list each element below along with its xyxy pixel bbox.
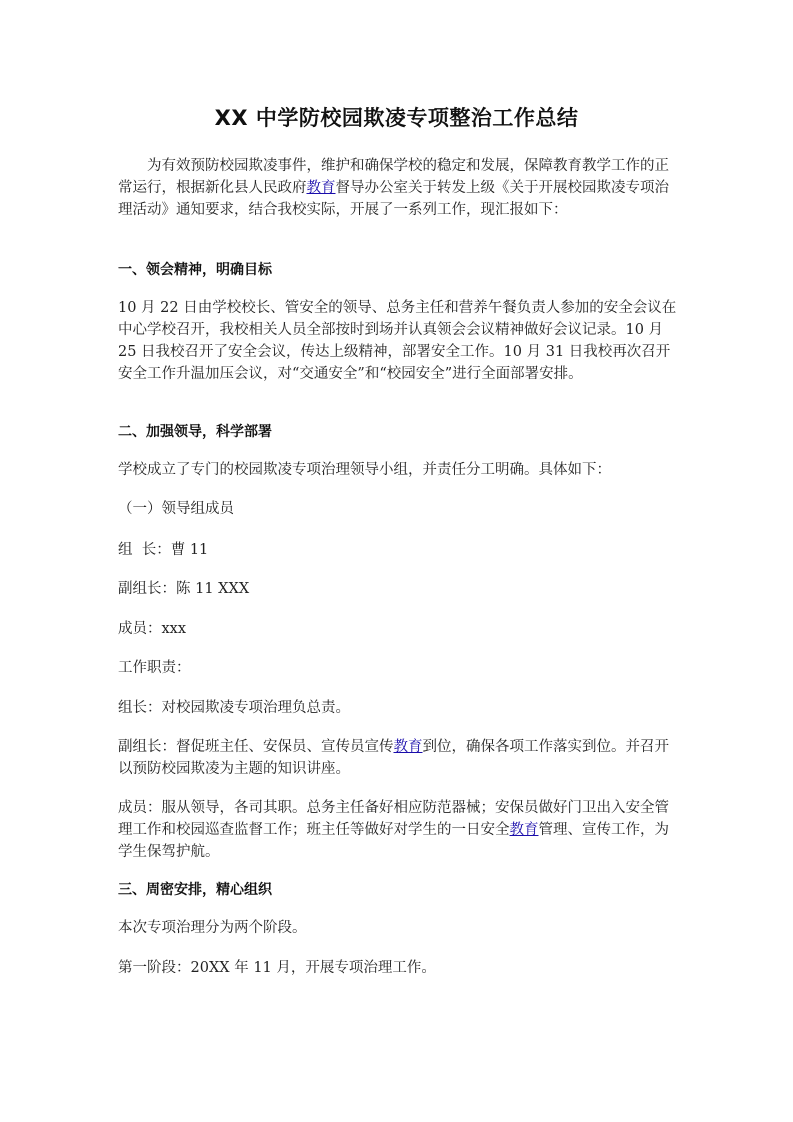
deputy-duty-text-1: 副组长：督促班主任、安保员、宣传员宣传 — [118, 739, 394, 755]
members-duty-paragraph: 成员：服从领导，各司其职。总务主任备好相应防范器械；安保员做好门卫出入安全管理工… — [118, 797, 678, 863]
section-1-heading: 一、领会精神，明确目标 — [118, 259, 678, 281]
members-line: 成员：xxx — [118, 618, 678, 640]
stage-1-line: 第一阶段：20XX 年 11 月，开展专项治理工作。 — [118, 957, 678, 979]
duties-label: 工作职责： — [118, 657, 678, 679]
deputy-line: 副组长：陈 11 XXX — [118, 578, 678, 600]
section-3-intro: 本次专项治理分为两个阶段。 — [118, 917, 678, 939]
section-2-heading: 二、加强领导，科学部署 — [118, 421, 678, 443]
leader-line: 组 长：曹 11 — [118, 539, 678, 561]
education-link[interactable]: 教育 — [510, 822, 539, 838]
document-page: XX 中学防校园欺凌专项整治工作总结 为有效预防校园欺凌事件，维护和确保学校的稳… — [0, 0, 793, 1122]
section-2-intro: 学校成立了专门的校园欺凌专项治理领导小组，并责任分工明确。具体如下： — [118, 459, 678, 481]
education-link[interactable]: 教育 — [307, 180, 336, 196]
section-3-heading: 三、周密安排，精心组织 — [118, 879, 678, 901]
document-title: XX 中学防校园欺凌专项整治工作总结 — [0, 102, 793, 132]
leader-duty: 组长：对校园欺凌专项治理负总责。 — [118, 697, 678, 719]
intro-paragraph: 为有效预防校园欺凌事件，维护和确保学校的稳定和发展，保障教育教学工作的正常运行，… — [118, 155, 678, 221]
leadership-subheading: （一）领导组成员 — [118, 498, 678, 520]
section-1-body: 10 月 22 日由学校校长、管安全的领导、总务主任和营养午餐负责人参加的安全会… — [118, 297, 678, 385]
education-link[interactable]: 教育 — [394, 739, 423, 755]
deputy-duty-paragraph: 副组长：督促班主任、安保员、宣传员宣传教育到位，确保各项工作落实到位。并召开以预… — [118, 736, 678, 780]
